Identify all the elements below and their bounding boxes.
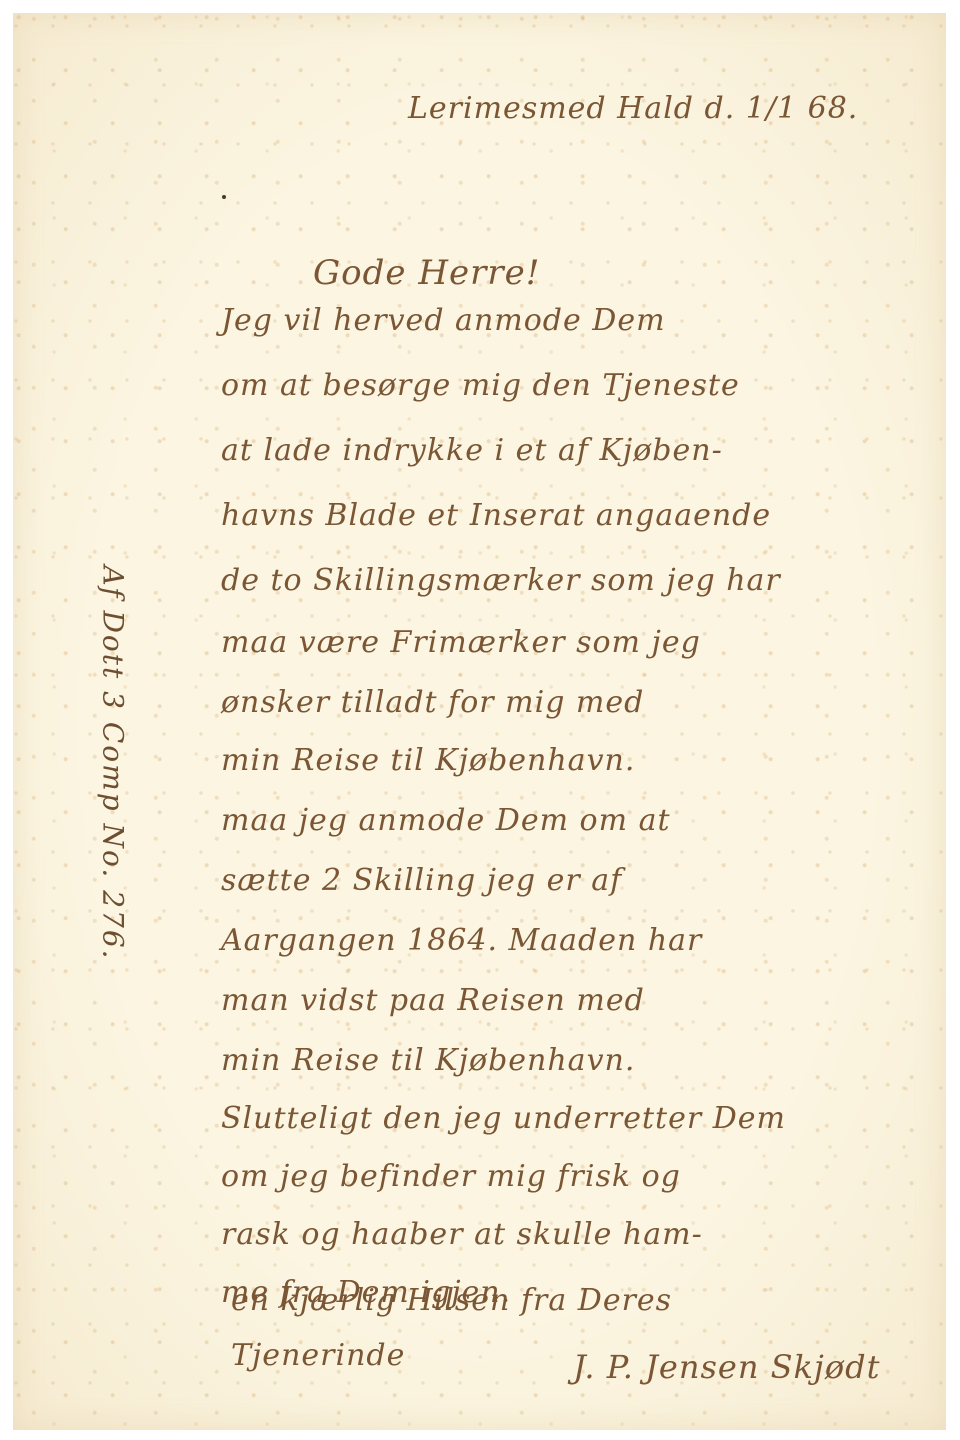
body-line: Aargangen 1864. Maaden har (221, 923, 702, 958)
letter-paper: Lerimesmed Hald d. 1/1 68. Gode Herre! J… (13, 13, 946, 1430)
ink-dot (222, 195, 226, 199)
body-line: de to Skillingsmærker som jeg har (221, 563, 781, 598)
body-line: at lade indrykke i et af Kjøben- (221, 433, 723, 468)
body-line: maa være Frimærker som jeg (221, 625, 701, 660)
body-line: om at besørge mig den Tjeneste (221, 368, 740, 403)
body-line: min Reise til Kjøbenhavn. (221, 743, 635, 778)
body-line: Slutteligt den jeg underretter Dem (221, 1101, 786, 1136)
body-line: ønsker tilladt for mig med (221, 685, 644, 720)
closing-line: en kjærlig Hilsen fra Deres (231, 1283, 672, 1318)
body-line: havns Blade et Inserat angaaende (221, 498, 771, 533)
margin-note: Af Dott 3 Comp No. 276. (97, 565, 130, 960)
body-line: maa jeg anmode Dem om at (221, 803, 671, 838)
body-line: man vidst paa Reisen med (221, 983, 645, 1018)
body-line: Jeg vil herved anmode Dem (221, 303, 666, 338)
salutation: Gode Herre! (313, 253, 540, 293)
body-line: min Reise til Kjøbenhavn. (221, 1043, 635, 1078)
dateline: Lerimesmed Hald d. 1/1 68. (408, 91, 858, 126)
closing-line: Tjenerinde (231, 1338, 405, 1373)
body-line: om jeg befinder mig frisk og (221, 1159, 681, 1194)
body-line: rask og haaber at skulle ham- (221, 1217, 703, 1252)
signature: J. P. Jensen Skjødt (573, 1348, 880, 1386)
body-line: sætte 2 Skilling jeg er af (221, 863, 622, 898)
